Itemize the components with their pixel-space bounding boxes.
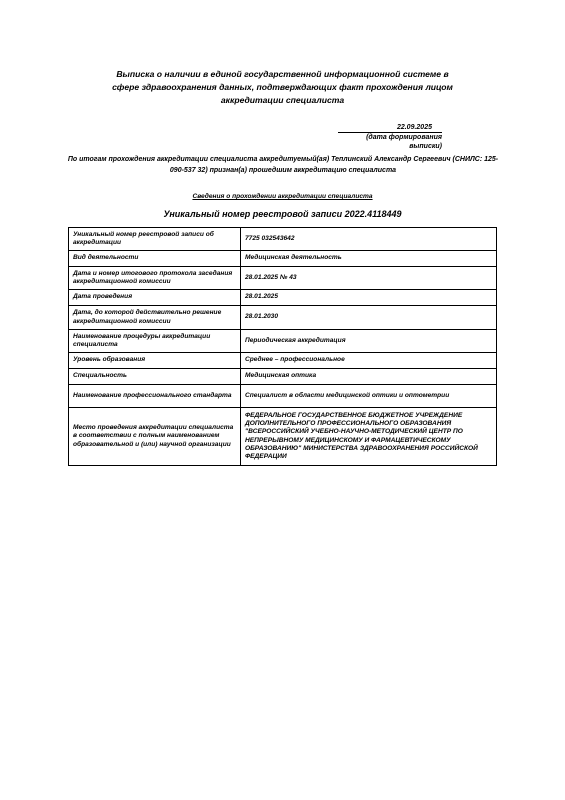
row-label: Вид деятельности (69, 251, 241, 267)
issue-date-block: 22.09.2025 (дата формирования выписки) (338, 123, 442, 151)
row-value: 7725 032543642 (241, 228, 497, 251)
row-value: Специалист в области медицинской оптики … (241, 385, 497, 408)
row-value: 28.01.2025 № 43 (241, 267, 497, 290)
row-value: Среднее – профессиональное (241, 353, 497, 369)
row-label: Дата проведения (69, 290, 241, 306)
table-row: Специальность Медицинская оптика (69, 369, 497, 385)
table-row: Дата и номер итогового протокола заседан… (69, 267, 497, 290)
row-label: Уникальный номер реестровой записи об ак… (69, 228, 241, 251)
row-label: Наименование профессионального стандарта (69, 385, 241, 408)
table-row: Дата проведения 28.01.2025 (69, 290, 497, 306)
row-label: Дата и номер итогового протокола заседан… (69, 267, 241, 290)
table-row: Наименование процедуры аккредитации спец… (69, 330, 497, 353)
table-row: Уровень образования Среднее – профессион… (69, 353, 497, 369)
table-row: Вид деятельности Медицинская деятельност… (69, 251, 497, 267)
table-row: Наименование профессионального стандарта… (69, 385, 497, 408)
table-row: Место проведения аккредитации специалист… (69, 408, 497, 466)
row-value: 28.01.2030 (241, 306, 497, 330)
row-value: 28.01.2025 (241, 290, 497, 306)
registry-number-heading: Уникальный номер реестровой записи 2022.… (130, 209, 435, 219)
row-label: Дата, до которой действительно решение а… (69, 306, 241, 330)
row-label: Место проведения аккредитации специалист… (69, 408, 241, 466)
issue-date: 22.09.2025 (338, 123, 442, 133)
row-value: Медицинская оптика (241, 369, 497, 385)
accreditation-details-table: Уникальный номер реестровой записи об ак… (68, 227, 497, 466)
row-value: Медицинская деятельность (241, 251, 497, 267)
row-label: Наименование процедуры аккредитации спец… (69, 330, 241, 353)
section-heading: Сведения о прохождении аккредитации спец… (150, 193, 415, 200)
document-title: Выписка о наличии в единой государственн… (110, 68, 455, 107)
table-row: Уникальный номер реестровой записи об ак… (69, 228, 497, 251)
row-value: ФЕДЕРАЛЬНОЕ ГОСУДАРСТВЕННОЕ БЮДЖЕТНОЕ УЧ… (241, 408, 497, 466)
accreditation-statement: По итогам прохождения аккредитации специ… (62, 155, 504, 176)
issue-date-caption: (дата формирования выписки) (338, 133, 442, 151)
row-label: Уровень образования (69, 353, 241, 369)
row-value: Периодическая аккредитация (241, 330, 497, 353)
row-label: Специальность (69, 369, 241, 385)
table-row: Дата, до которой действительно решение а… (69, 306, 497, 330)
